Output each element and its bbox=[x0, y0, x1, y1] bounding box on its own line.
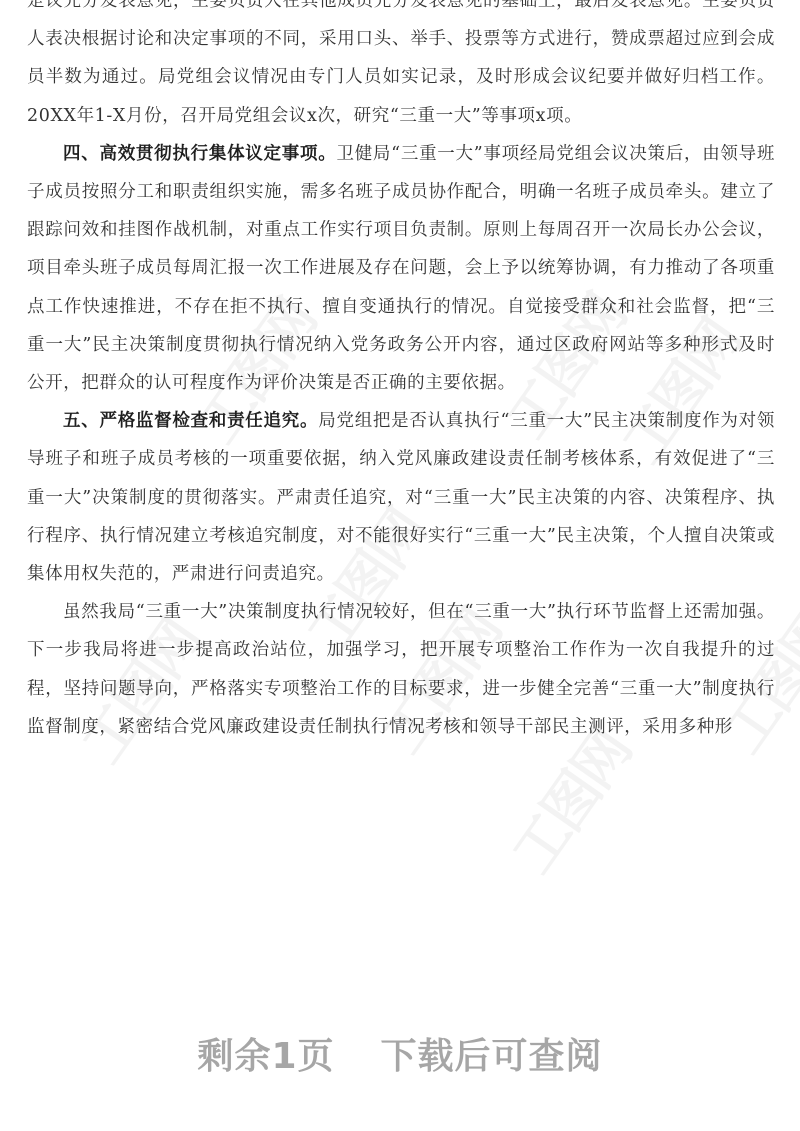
paragraph-section-four: 四、高效贯彻执行集体议定事项。卫健局“三重一大”事项经局党组会议决策后，由领导班… bbox=[27, 135, 775, 402]
paragraph-meeting-procedure: 是议充分发表意见，主要负责人在其他成员充分发表意见的基础上，最后发表意见。主要负… bbox=[27, 0, 775, 135]
paragraph-text: 是议充分发表意见，主要负责人在其他成员充分发表意见的基础上，最后发表意见。主要负… bbox=[27, 0, 775, 126]
paragraph-text: 虽然我局“三重一大”决策制度执行情况较好，但在“三重一大”执行环节监督上还需加强… bbox=[27, 602, 775, 737]
remaining-pages-label: 剩余1页 bbox=[197, 1028, 334, 1079]
download-to-view-label[interactable]: 下载后可查阅 bbox=[381, 1028, 603, 1079]
paragraph-text: 局党组把是否认真执行“三重一大”民主决策制度作为对领导班子和班子成员考核的一项重… bbox=[27, 411, 775, 584]
paragraph-section-five: 五、严格监督检查和责任追究。局党组把是否认真执行“三重一大”民主决策制度作为对领… bbox=[27, 402, 775, 593]
download-banner[interactable]: 剩余1页 下载后可查阅 bbox=[0, 1028, 800, 1078]
document-page: 工图网 工图网 工图网 工图网 工图网 工图网 工图网 工图网 是议充分发表意见… bbox=[0, 0, 800, 1131]
section-heading: 四、高效贯彻执行集体议定事项。 bbox=[63, 144, 336, 164]
paragraph-conclusion: 虽然我局“三重一大”决策制度执行情况较好，但在“三重一大”执行环节监督上还需加强… bbox=[27, 593, 775, 746]
document-body: 是议充分发表意见，主要负责人在其他成员充分发表意见的基础上，最后发表意见。主要负… bbox=[27, 0, 775, 746]
paragraph-text: 卫健局“三重一大”事项经局党组会议决策后，由领导班子成员按照分工和职责组织实施，… bbox=[27, 144, 775, 393]
section-heading: 五、严格监督检查和责任追究。 bbox=[63, 411, 318, 431]
